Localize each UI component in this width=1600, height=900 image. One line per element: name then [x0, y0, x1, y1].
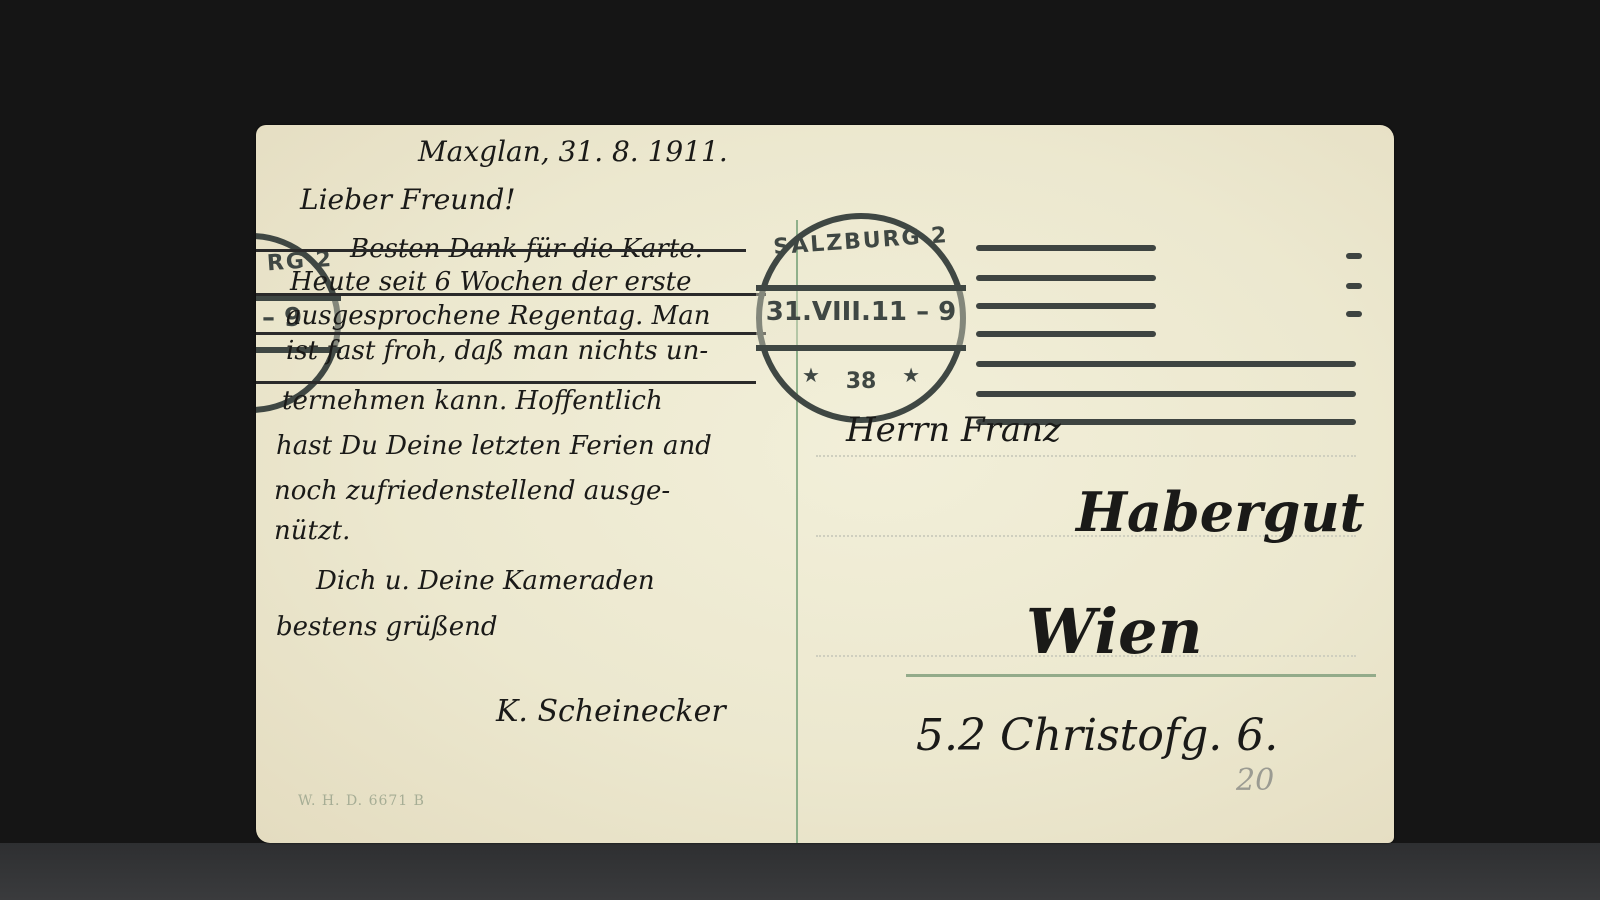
message-line: noch zufriedenstellend ausge- — [274, 475, 670, 509]
message-line: ist fast froh, daß man nichts un- — [286, 335, 708, 369]
message-line: ternehmen kann. Hoffentlich — [282, 385, 663, 419]
cancel-line — [256, 293, 766, 296]
postcard: RG 2 – 9 Maxglan, 31. 8. 1911. Lieber Fr… — [256, 125, 1394, 843]
scan-backdrop-bottom — [0, 843, 1600, 900]
message-line: hast Du Deine letzten Ferien and — [276, 430, 712, 464]
closing-line: bestens grüßend — [276, 611, 498, 645]
address-underline — [906, 674, 1376, 677]
address-city: Wien — [1026, 595, 1203, 668]
postmark-date: 31.VIII.11 – 9 — [762, 297, 960, 327]
cancel-line — [256, 381, 756, 384]
address-surname: Habergut — [1076, 480, 1365, 544]
cancel-bar — [976, 391, 1356, 397]
cancel-bar — [976, 245, 1156, 251]
cancel-bar — [1346, 283, 1362, 289]
pencil-note: 20 — [1236, 763, 1274, 798]
address-street: 5.2 Christofg. 6. — [916, 710, 1278, 761]
cancel-bar — [1346, 311, 1362, 317]
cancel-bar — [976, 275, 1156, 281]
postmark-salzburg: SALZBURG 2 31.VIII.11 – 9 ★ ★ 38 — [756, 213, 966, 423]
cancel-bar — [976, 361, 1356, 367]
address-guide-line — [816, 455, 1356, 457]
cancel-line — [256, 332, 766, 335]
cancel-line — [256, 249, 746, 252]
salutation: Lieber Freund! — [300, 183, 516, 217]
closing-line: Dich u. Deine Kameraden — [316, 565, 655, 599]
address-recipient: Herrn Franz — [846, 410, 1061, 450]
cancel-bar — [976, 303, 1156, 309]
postmark-number: 38 — [762, 369, 960, 394]
signature: K. Scheinecker — [496, 695, 726, 729]
cancel-bar — [1346, 253, 1362, 259]
printer-mark: W. H. D. 6671 B — [298, 793, 425, 809]
cancel-bar — [976, 331, 1156, 337]
place-date: Maxglan, 31. 8. 1911. — [418, 135, 728, 169]
message-line: nützt. — [274, 515, 350, 549]
postmark-city: SALZBURG 2 — [761, 222, 960, 261]
message-line: ausgesprochene Regentag. Man — [286, 300, 711, 334]
